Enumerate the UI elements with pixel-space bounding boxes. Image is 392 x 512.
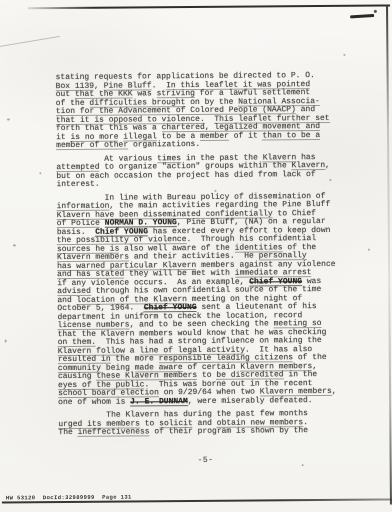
scan-speck — [39, 172, 41, 174]
paragraph-1: stating requests for applications be dir… — [56, 72, 357, 151]
text-block: stating requests for applications be dir… — [56, 72, 359, 443]
handwritten-mark — [350, 14, 374, 18]
text-line: member of other organizations. — [56, 140, 356, 151]
scanned-document-screenshot: { "document": { "page_number": "-5-", "f… — [0, 0, 392, 512]
text-line: The ineffectiveness of their program is … — [58, 427, 358, 438]
paragraph-2: At various times in the past the Klavern… — [56, 153, 356, 189]
text-line: one of whom is J. E. DUNNAM, were misera… — [58, 396, 358, 407]
page-number: -5- — [198, 456, 214, 465]
scan-speck — [13, 244, 16, 246]
scan-speck — [302, 464, 304, 466]
paragraph-4: The Klavern has during the past few mont… — [58, 410, 358, 438]
scan-speck — [368, 249, 370, 251]
archive-footer: HW 53120 DocId:32989999 Page 131 — [6, 494, 132, 502]
scan-speck — [343, 54, 345, 56]
scan-speck — [5, 339, 7, 342]
page-corner-crease — [0, 36, 60, 48]
scan-speck — [7, 118, 10, 120]
document-page: stating requests for applications be dir… — [0, 0, 392, 512]
right-border-rule — [386, 5, 392, 504]
paragraph-3: In line with Bureau policy of disseminat… — [57, 192, 359, 407]
top-border-rule — [28, 4, 390, 9]
